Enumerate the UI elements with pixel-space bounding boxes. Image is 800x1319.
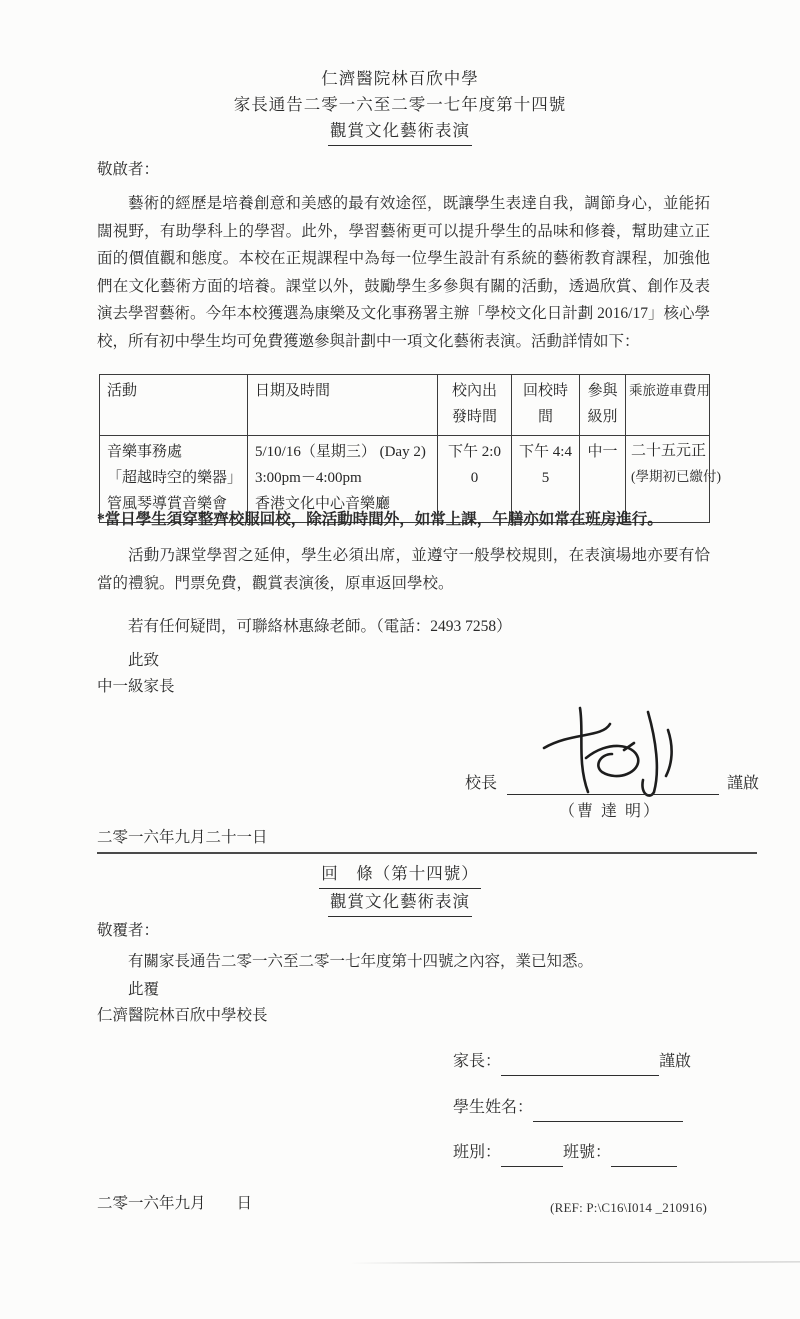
activity-line-2: 「超越時空的樂器」 bbox=[107, 465, 240, 491]
student-name-field-row: 學生姓名： bbox=[453, 1094, 683, 1122]
reply-slip-title: 回 條（第十四號） bbox=[319, 861, 481, 889]
reply-body: 有關家長通告二零一六至二零一七年度第十四號之內容，業已知悉。 bbox=[97, 948, 710, 975]
section-divider bbox=[97, 852, 757, 854]
student-name-label: 學生姓名： bbox=[453, 1094, 533, 1122]
salutation: 敬啟者： bbox=[97, 156, 159, 183]
signature-row: 校長 謹啟 bbox=[465, 770, 759, 797]
table-header-row: 活動 日期及時間 校內出發時間 回校時間 參與級別 乘旅遊車費用 bbox=[100, 375, 710, 436]
reply-salutation: 敬覆者： bbox=[97, 917, 159, 944]
col-header-activity: 活動 bbox=[100, 375, 248, 436]
parent-respectfully-label: 謹啟 bbox=[659, 1048, 691, 1076]
parent-field-row: 家長： 謹啟 bbox=[453, 1048, 691, 1076]
activity-table: 活動 日期及時間 校內出發時間 回校時間 參與級別 乘旅遊車費用 音樂事務處 「… bbox=[99, 374, 710, 523]
col-header-datetime: 日期及時間 bbox=[248, 375, 438, 436]
notice-title: 家長通告二零一六至二零一七年度第十四號 bbox=[0, 92, 800, 118]
parent-label: 家長： bbox=[453, 1048, 501, 1076]
class-number-blank bbox=[611, 1144, 677, 1167]
reply-slip-header: 回 條（第十四號） 觀賞文化藝術表演 bbox=[0, 861, 800, 917]
class-blank bbox=[501, 1144, 563, 1167]
scan-artifact-line bbox=[350, 1261, 800, 1263]
issue-date: 二零一六年九月二十一日 bbox=[97, 824, 268, 851]
intro-paragraph: 藝術的經歷是培養創意和美感的最有效途徑，既讓學生表達自我，調節身心，並能拓闊視野… bbox=[97, 190, 710, 356]
reply-fill-date: 二零一六年九月 日 bbox=[97, 1190, 252, 1217]
parent-signature-blank bbox=[501, 1053, 659, 1076]
col-header-level: 參與級別 bbox=[580, 375, 626, 436]
fee-line-1: 二十五元正 bbox=[631, 439, 707, 464]
school-name: 仁濟醫院林百欣中學 bbox=[0, 66, 800, 92]
col-header-fee: 乘旅遊車費用 bbox=[626, 375, 710, 436]
principal-label: 校長 bbox=[465, 770, 497, 797]
reply-slip-subject: 觀賞文化藝術表演 bbox=[328, 889, 472, 917]
notice-header: 仁濟醫院林百欣中學 家長通告二零一六至二零一七年度第十四號 觀賞文化藝術表演 bbox=[0, 66, 800, 146]
contact-paragraph: 若有任何疑問，可聯絡林惠綠老師。（電話：2493 7258） bbox=[97, 613, 710, 640]
col-header-depart: 校內出發時間 bbox=[438, 375, 512, 436]
principal-signature-line bbox=[507, 774, 719, 795]
col-header-return: 回校時間 bbox=[512, 375, 580, 436]
scanned-notice-page: 仁濟醫院林百欣中學 家長通告二零一六至二零一七年度第十四號 觀賞文化藝術表演 敬… bbox=[0, 0, 800, 1319]
reference-number: (REF: P:\C16\I014 _210916) bbox=[550, 1194, 707, 1221]
class-field-row: 班別： 班號： bbox=[453, 1139, 677, 1167]
uniform-note: *當日學生須穿整齊校服回校，除活動時間外，如常上課，午膳亦如常在班房進行。 bbox=[97, 506, 710, 533]
class-number-label: 班號： bbox=[563, 1139, 611, 1167]
respectfully-label: 謹啟 bbox=[727, 770, 759, 797]
student-name-blank bbox=[533, 1099, 683, 1122]
fee-line-2: (學期初已繳付) bbox=[631, 464, 707, 489]
activity-line-1: 音樂事務處 bbox=[107, 439, 240, 465]
datetime-line-2: 3:00pm－4:00pm bbox=[255, 465, 430, 491]
activity-table-wrapper: 活動 日期及時間 校內出發時間 回校時間 參與級別 乘旅遊車費用 音樂事務處 「… bbox=[99, 374, 710, 523]
recipient: 中一級家長 bbox=[97, 673, 175, 700]
reply-closing-phrase: 此覆 bbox=[97, 976, 710, 1003]
reply-addressee: 仁濟醫院林百欣中學校長 bbox=[97, 1002, 268, 1029]
conduct-paragraph: 活動乃課堂學習之延伸，學生必須出席，並遵守一般學校規則，在表演場地亦要有恰當的禮… bbox=[97, 542, 710, 597]
closing-phrase: 此致 bbox=[97, 647, 710, 674]
notice-subject: 觀賞文化藝術表演 bbox=[328, 118, 472, 146]
datetime-line-1: 5/10/16（星期三） (Day 2) bbox=[255, 439, 430, 465]
class-label: 班別： bbox=[453, 1139, 501, 1167]
principal-name: （曹 達 明） bbox=[520, 798, 700, 825]
